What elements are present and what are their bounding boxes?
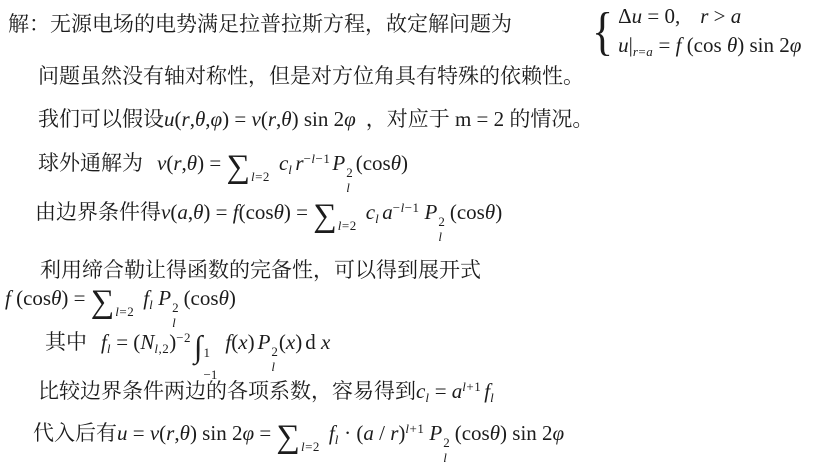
math-text: 1 [204, 345, 211, 360]
superscript-subscript-stack: 2l [438, 215, 445, 243]
math-variable: φ [344, 107, 356, 131]
math-variable: P [258, 330, 271, 354]
superscript: 2 [438, 215, 445, 228]
math-variable: c [416, 379, 425, 403]
math-text: (cos [356, 151, 391, 175]
math-text: ) = [197, 151, 226, 175]
spacer [134, 304, 143, 305]
math-text: ) sin 2 [292, 107, 345, 131]
math-text: m = 2 [455, 107, 504, 131]
math-text: ) = [203, 200, 232, 224]
document-page: 解：无源电场的电势满足拉普拉斯方程，故定解问题为 {Δu = 0,r > au|… [0, 0, 840, 468]
spacer [356, 125, 366, 126]
text-run: 问题虽然没有轴对称性，但是对方位角具有特殊的依赖性。 [38, 64, 584, 88]
math-variable: θ [391, 151, 401, 175]
spacer [357, 218, 366, 219]
math-text: ) sin 2 [737, 33, 790, 57]
math-variable: P [158, 286, 171, 310]
text-run: 球外通解为 [38, 151, 143, 175]
math-variable: φ [242, 421, 254, 445]
superscript-subscript-stack: 2l [172, 301, 179, 329]
math-text: 2 [271, 344, 278, 359]
completeness-remark-line: 利用缔合勒让得函数的完备性，可以得到展开式 [40, 258, 481, 283]
math-variable: u [632, 4, 643, 28]
exterior-general-solution-line: 球外通解为v(r,θ) = ∑l=2clr−l−1P2l(cosθ) [38, 151, 408, 194]
math-variable: N [140, 330, 154, 354]
math-text: =2 [255, 169, 270, 184]
math-text: 2 [346, 165, 353, 180]
cases-rows: Δu = 0,r > au|r=a = f (cos θ) sin 2φ [618, 4, 801, 59]
math-variable: a [382, 200, 393, 224]
boundary-condition-line: 由边界条件得v(a,θ) = f(cosθ) = ∑l=2cla−l−1P2l(… [35, 200, 502, 243]
math-variable: u [164, 107, 175, 131]
math-text: Δ [618, 4, 632, 28]
subscript: l [346, 181, 350, 194]
math-variable: φ [211, 107, 223, 131]
math-text: (cos [184, 286, 219, 310]
subscript: l [271, 360, 275, 373]
math-variable: v [251, 107, 260, 131]
math-text: ) = [222, 107, 251, 131]
sigma-symbol: ∑ [313, 198, 337, 234]
math-text: ) [295, 330, 302, 354]
subscript: l [443, 451, 447, 464]
integral-symbol: ∫ [194, 329, 203, 364]
math-text: ( [261, 107, 268, 131]
math-text: = [254, 421, 276, 445]
math-variable: θ [193, 200, 203, 224]
math-text: ) sin 2 [500, 421, 553, 445]
math-variable: θ [490, 421, 500, 445]
math-text: =2 [119, 304, 134, 319]
math-text: ) [401, 151, 408, 175]
math-variable: x [286, 330, 295, 354]
text-run: 的情况。 [504, 107, 593, 131]
summation: ∑l=2 [91, 286, 135, 319]
text-run: 我们可以假设 [38, 107, 164, 131]
math-text: ) [248, 330, 255, 354]
case-row: Δu = 0,r > a [618, 4, 801, 29]
text-run: 比较边界条件两边的各项系数，容易得到 [38, 379, 416, 403]
math-text: =2 [305, 439, 320, 454]
boundary-value-system: {Δu = 0,r > au|r=a = f (cos θ) sin 2φ [592, 4, 801, 59]
integral: ∫1−1 [194, 330, 217, 381]
superscript: 2 [346, 166, 353, 179]
math-variable: θ [219, 286, 229, 310]
math-text: = [128, 421, 150, 445]
sum-lower-limit: l=2 [301, 439, 320, 454]
superscript: 2 [443, 436, 450, 449]
math-variable: P [429, 421, 442, 445]
text-run: 利用缔合勒让得函数的完备性，可以得到展开式 [40, 258, 481, 282]
math-variable: a [452, 379, 463, 403]
math-variable: l [443, 450, 447, 465]
math-variable: a [731, 4, 742, 28]
spacer [680, 22, 700, 23]
cases-block: {Δu = 0,r > au|r=a = f (cos θ) sin 2φ [592, 4, 801, 59]
math-variable: θ [195, 107, 205, 131]
ansatz-line: 我们可以假设u(r,θ,φ) = v(r,θ) sin 2φ，对应于 m = 2… [38, 107, 593, 132]
sum-lower-limit: l=2 [115, 304, 134, 319]
superscript: −l−1 [304, 151, 331, 166]
superscript-subscript-stack: 2l [271, 345, 278, 373]
math-text: ) = [61, 286, 90, 310]
math-variable: l [172, 315, 176, 330]
math-text: −1 [405, 200, 420, 215]
math-text: ) = [284, 200, 313, 224]
math-variable: c [366, 200, 375, 224]
math-text: = 0, [642, 4, 680, 28]
math-variable: l [346, 180, 350, 195]
summation: ∑l=2 [276, 421, 320, 454]
math-variable: v [150, 421, 159, 445]
spacer [87, 348, 101, 349]
spacer [143, 169, 157, 170]
math-text: ( [175, 107, 182, 131]
compare-coefficients-line: 比较边界条件两边的各项系数，容易得到cl = al+1fl [38, 379, 494, 405]
summation: ∑l=2 [226, 151, 270, 184]
math-variable: c [279, 151, 288, 175]
math-variable: l [490, 390, 494, 405]
math-variable: x [321, 330, 330, 354]
math-text: (cos [455, 421, 490, 445]
math-variable: v [157, 151, 166, 175]
math-variable: θ [51, 286, 61, 310]
math-variable: r [182, 107, 190, 131]
math-text: (cos [11, 286, 51, 310]
sigma-symbol: ∑ [91, 284, 115, 320]
math-text: = [429, 379, 451, 403]
superscript: l+1 [405, 421, 424, 436]
math-text: −2 [176, 330, 191, 345]
text-run: 代入后有 [33, 421, 117, 445]
expansion-line: f (cosθ) = ∑l=2flP2l(cosθ) [5, 286, 236, 329]
math-text: ( [279, 330, 286, 354]
math-text: 2 [438, 214, 445, 229]
math-variable: θ [274, 200, 284, 224]
math-variable: θ [180, 421, 190, 445]
superscript-subscript-stack: 2l [346, 166, 353, 194]
math-text: (cos [450, 200, 485, 224]
math-text: 2 [443, 435, 450, 450]
math-text: ,2 [158, 341, 169, 356]
math-variable: l [271, 359, 275, 374]
superscript: −l−1 [393, 200, 420, 215]
math-text: · ( [339, 421, 364, 445]
math-variable: l [438, 229, 442, 244]
math-variable: v [161, 200, 170, 224]
symmetry-remark-line: 问题虽然没有轴对称性，但是对方位角具有特殊的依赖性。 [38, 64, 584, 89]
math-text: +1 [410, 421, 425, 436]
math-variable: r [173, 151, 181, 175]
math-text: − [393, 200, 401, 215]
subscript: l [490, 390, 494, 405]
sigma-symbol: ∑ [226, 149, 250, 185]
math-text: = [653, 33, 675, 57]
math-text: ) sin 2 [190, 421, 243, 445]
math-variable: φ [790, 33, 802, 57]
coefficient-integral-line: 其中fl = (Nl,2)−2∫1−1f(x)P2l(x)d x [45, 330, 330, 381]
case-row: u|r=a = f (cos θ) sin 2φ [618, 33, 801, 59]
spacer [270, 169, 279, 170]
subscript: l [438, 230, 442, 243]
math-variable: P [332, 151, 345, 175]
left-brace-icon: { [592, 5, 613, 58]
math-text: d [305, 330, 321, 354]
superscript: −2 [176, 330, 191, 345]
text-run: 其中 [45, 330, 87, 354]
math-variable: r [295, 151, 303, 175]
math-text: (cos [681, 33, 727, 57]
sum-lower-limit: l=2 [251, 169, 270, 184]
solution-intro-line: 解：无源电场的电势满足拉普拉斯方程，故定解问题为 [8, 12, 512, 37]
integral-limits: 1−1 [204, 346, 218, 381]
superscript: 2 [271, 345, 278, 358]
math-variable: x [238, 330, 247, 354]
math-text: =2 [342, 218, 357, 233]
subscript: l,2 [154, 341, 169, 356]
math-variable: θ [727, 33, 737, 57]
math-text: / [374, 421, 390, 445]
math-variable: φ [553, 421, 565, 445]
spacer [320, 439, 329, 440]
math-variable: θ [281, 107, 291, 131]
math-variable: u [117, 421, 128, 445]
math-variable: θ [187, 151, 197, 175]
math-variable: r [268, 107, 276, 131]
math-text: (cos [239, 200, 274, 224]
math-variable: a [177, 200, 188, 224]
math-text: ) [229, 286, 236, 310]
math-text: ) [495, 200, 502, 224]
superscript: 2 [172, 301, 179, 314]
superscript: l+1 [462, 379, 481, 394]
sigma-symbol: ∑ [276, 419, 300, 455]
math-text: > [708, 4, 730, 28]
text-run: 由边界条件得 [35, 200, 161, 224]
math-variable: θ [485, 200, 495, 224]
final-solution-line: 代入后有u = v(r,θ) sin 2φ = ∑l=2fl · (a / r)… [33, 421, 564, 464]
math-text: −1 [316, 151, 331, 166]
text-run: 解：无源电场的电势满足拉普拉斯方程，故定解问题为 [8, 12, 512, 36]
superscript-subscript-stack: 2l [443, 436, 450, 464]
summation: ∑l=2 [313, 200, 357, 233]
sum-lower-limit: l=2 [338, 218, 357, 233]
subscript: r=a [633, 44, 653, 59]
subscript: l [172, 316, 176, 329]
math-variable: u [618, 33, 629, 57]
math-text: 2 [172, 300, 179, 315]
text-run: ，对应于 [366, 107, 455, 131]
math-text: = ( [111, 330, 140, 354]
upper-limit: 1 [204, 346, 211, 359]
math-text: +1 [466, 379, 481, 394]
math-variable: a [363, 421, 374, 445]
math-variable: P [425, 200, 438, 224]
